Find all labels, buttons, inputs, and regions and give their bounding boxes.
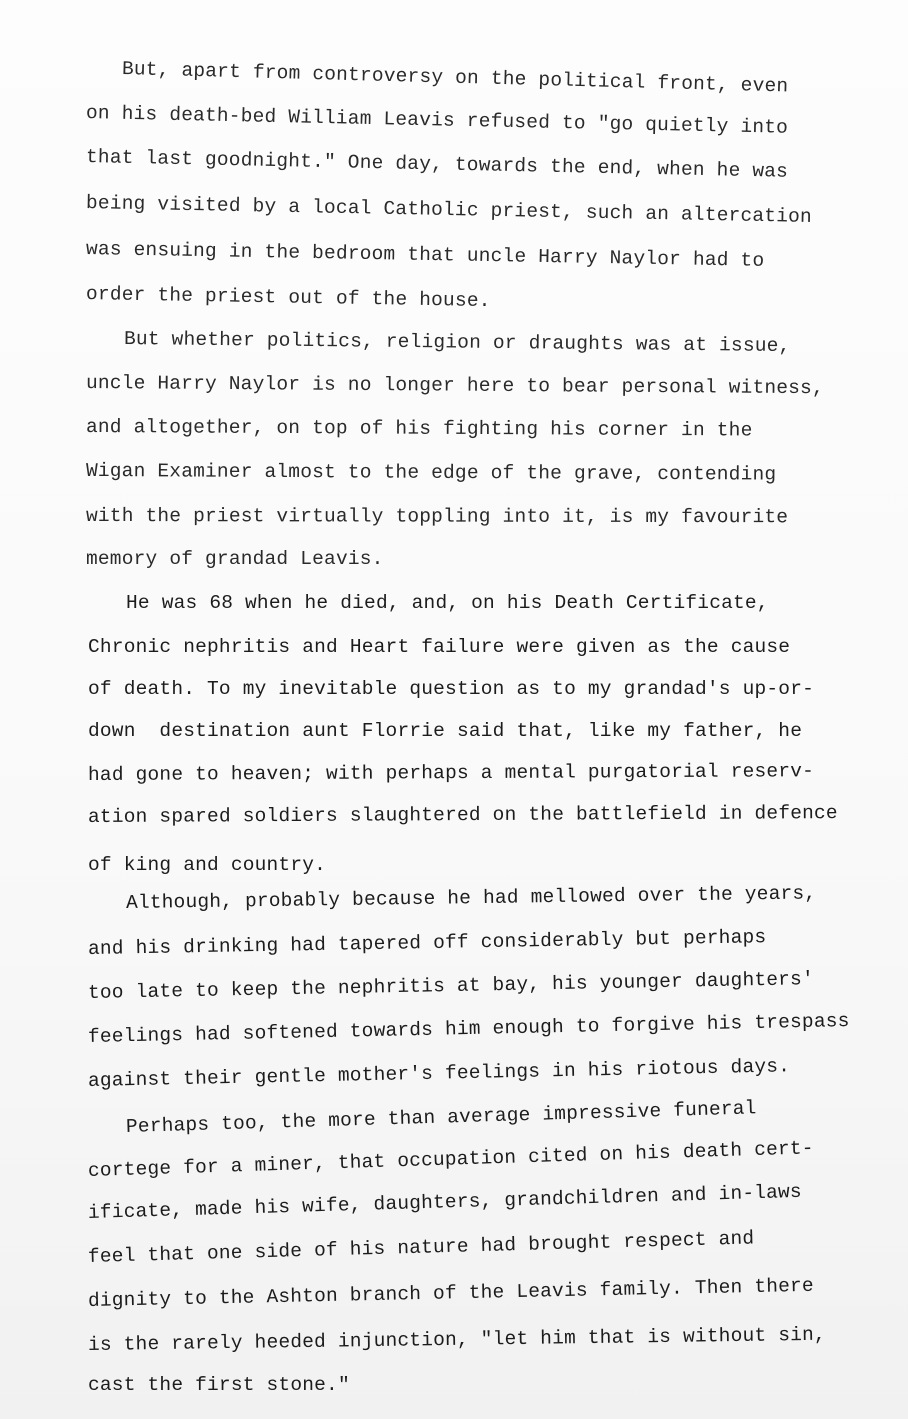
text-line: Perhaps too, the more than average impre… — [126, 1097, 757, 1138]
text-line: cortege for a miner, that occupation cit… — [88, 1137, 814, 1182]
text-line: But whether politics, religion or draugh… — [124, 328, 791, 357]
text-line: ificate, made his wife, daughters, grand… — [88, 1181, 802, 1224]
text-line: and his drinking had tapered off conside… — [88, 926, 767, 960]
text-line: He was 68 when he died, and, on his Deat… — [126, 592, 769, 614]
text-line: Chronic nephritis and Heart failure were… — [88, 636, 790, 658]
text-line: uncle Harry Naylor is no longer here to … — [86, 372, 824, 399]
text-line: was ensuing in the bedroom that uncle Ha… — [86, 238, 765, 272]
typewritten-page: But, apart from controversy on the polit… — [0, 0, 908, 1419]
text-line: of death. To my inevitable question as t… — [88, 678, 814, 700]
text-line: dignity to the Ashton branch of the Leav… — [88, 1275, 814, 1312]
text-line: memory of grandad Leavis. — [86, 548, 384, 570]
text-line: is the rarely heeded injunction, "let hi… — [88, 1324, 826, 1356]
text-line: order the priest out of the house. — [86, 283, 491, 312]
text-line: with the priest virtually toppling into … — [86, 505, 788, 528]
text-line: of king and country. — [88, 854, 326, 876]
text-line: that last goodnight." One day, towards t… — [86, 146, 789, 183]
text-line: against their gentle mother's feelings i… — [88, 1055, 791, 1092]
text-line: Although, probably because he had mellow… — [126, 882, 817, 914]
text-line: cast the first stone." — [88, 1374, 350, 1396]
text-line: But, apart from controversy on the polit… — [122, 58, 789, 97]
text-line: too late to keep the nephritis at bay, h… — [88, 968, 814, 1004]
text-line: and altogether, on top of his fighting h… — [86, 416, 753, 441]
text-line: had gone to heaven; with perhaps a menta… — [88, 760, 814, 786]
text-line: ation spared soldiers slaughtered on the… — [88, 802, 838, 828]
text-line: on his death-bed William Leavis refused … — [86, 102, 789, 139]
text-line: being visited by a local Catholic priest… — [86, 192, 812, 228]
text-line: Wigan Examiner almost to the edge of the… — [86, 460, 776, 486]
text-line: feel that one side of his nature had bro… — [88, 1227, 755, 1268]
text-line: down destination aunt Florrie said that,… — [88, 720, 802, 742]
text-line: feelings had softened towards him enough… — [88, 1010, 850, 1048]
